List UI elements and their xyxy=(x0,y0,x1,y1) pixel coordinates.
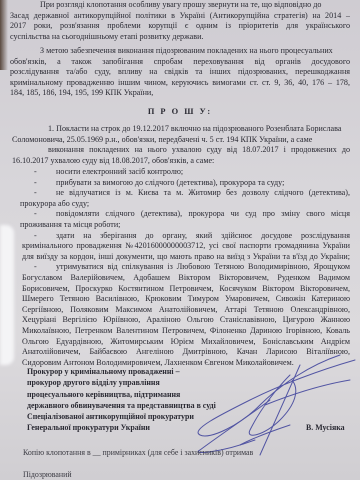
list-item: - здати на зберігання до органу, який зд… xyxy=(22,231,350,263)
text-line: Шмерего Тетяною Василівною, Крюковим Тим… xyxy=(22,294,350,305)
bullet-dash: - xyxy=(34,262,37,273)
obligations-list: - носити електронний засіб контролю; - п… xyxy=(22,167,350,368)
page-edge-shadow xyxy=(0,0,8,70)
text-line: Хецуріані Вергілією Юріївною, Араліною О… xyxy=(22,315,350,326)
list-item: - прибувати за вимогою до слідчого (дете… xyxy=(22,178,350,189)
text-line: обов'язків, а також запобігання спробам … xyxy=(10,57,350,68)
text-line: При розгляді клопотання особливу увагу п… xyxy=(10,0,350,11)
text-line: Сергіївною, Поляковим Максимом Анатолійо… xyxy=(22,305,350,316)
handwritten-signature-icon xyxy=(180,345,360,465)
intro-paragraph: При розгляді клопотання особливу увагу п… xyxy=(10,0,350,42)
text-line: кримінальному провадженню іншим чином, к… xyxy=(10,78,350,89)
text-line: прокурора або суду; xyxy=(20,199,350,210)
text-line: для виїзду за кордон, інші документи, що… xyxy=(22,252,350,263)
text-line: 2017 роки, розв'язання проблеми корупції… xyxy=(10,21,350,32)
text-line: здати на зберігання до органу, який здій… xyxy=(22,231,350,242)
request-paragraph: 1. Покласти на строк до 19.12.2017 включ… xyxy=(10,124,350,166)
text-line: 184, 185, 186, 194, 195, 199 КПК України… xyxy=(10,88,350,99)
text-line: виконання покладених на нього ухвалою су… xyxy=(10,145,350,156)
document-page: При розгляді клопотання особливу увагу п… xyxy=(0,0,360,480)
text-line: повідомляти слідчого (детектива), прокур… xyxy=(22,209,350,220)
paper-tear-highlight xyxy=(0,225,14,365)
list-item: - повідомляти слідчого (детектива), прок… xyxy=(22,209,350,230)
text-line: розслідування та/або суду, впливу на сві… xyxy=(10,67,350,78)
text-line: не відлучатися із м. Києва та м. Житомир… xyxy=(22,188,350,199)
bullet-dash: - xyxy=(34,209,37,220)
request-heading: П Р О Ш У: xyxy=(0,107,360,118)
text-line: 1. Покласти на строк до 19.12.2017 включ… xyxy=(10,124,350,135)
text-line: прибувати за вимогою до слідчого (детект… xyxy=(22,178,350,189)
text-line: утримуватися від спілкування із Любовою … xyxy=(22,262,350,273)
text-line: Борисовичем, Проскурко Костянтином Петро… xyxy=(22,284,350,295)
list-item: - не відлучатися із м. Києва та м. Житом… xyxy=(22,188,350,209)
text-line: Миколаївною, Петренком Валентином Петров… xyxy=(22,326,350,337)
text-line: 16.10.2017 ухвалою суду від 18.08.2017, … xyxy=(10,156,350,167)
text-line: З метою забезпечення виконання підозрюва… xyxy=(10,46,350,57)
list-item: - носити електронний засіб контролю; xyxy=(22,167,350,178)
text-line: Засад державної антикорупційної політики… xyxy=(10,11,350,22)
copy-received-line: Копію клопотання в __ примірниках (для с… xyxy=(23,448,253,459)
text-line: кримінального провадження №4201600000000… xyxy=(22,241,350,252)
bullet-dash: - xyxy=(34,188,37,199)
bullet-dash: - xyxy=(34,167,37,178)
text-line: проживання та місця роботи; xyxy=(20,220,350,231)
text-line: Соломоновича, 25.05.1969 р.н., обов'язки… xyxy=(10,135,350,146)
text-line: суспільства на сьогоднішньому етапі розв… xyxy=(10,32,350,43)
bullet-dash: - xyxy=(34,231,37,242)
text-line: носити електронний засіб контролю; xyxy=(22,167,350,178)
suspect-label: Підозрюваний xyxy=(23,470,72,480)
bullet-dash: - xyxy=(34,178,37,189)
purpose-paragraph: З метою забезпечення виконання підозрюва… xyxy=(10,46,350,99)
text-line: Богуславом Валерійовичем, Адобашем Вікто… xyxy=(22,273,350,284)
